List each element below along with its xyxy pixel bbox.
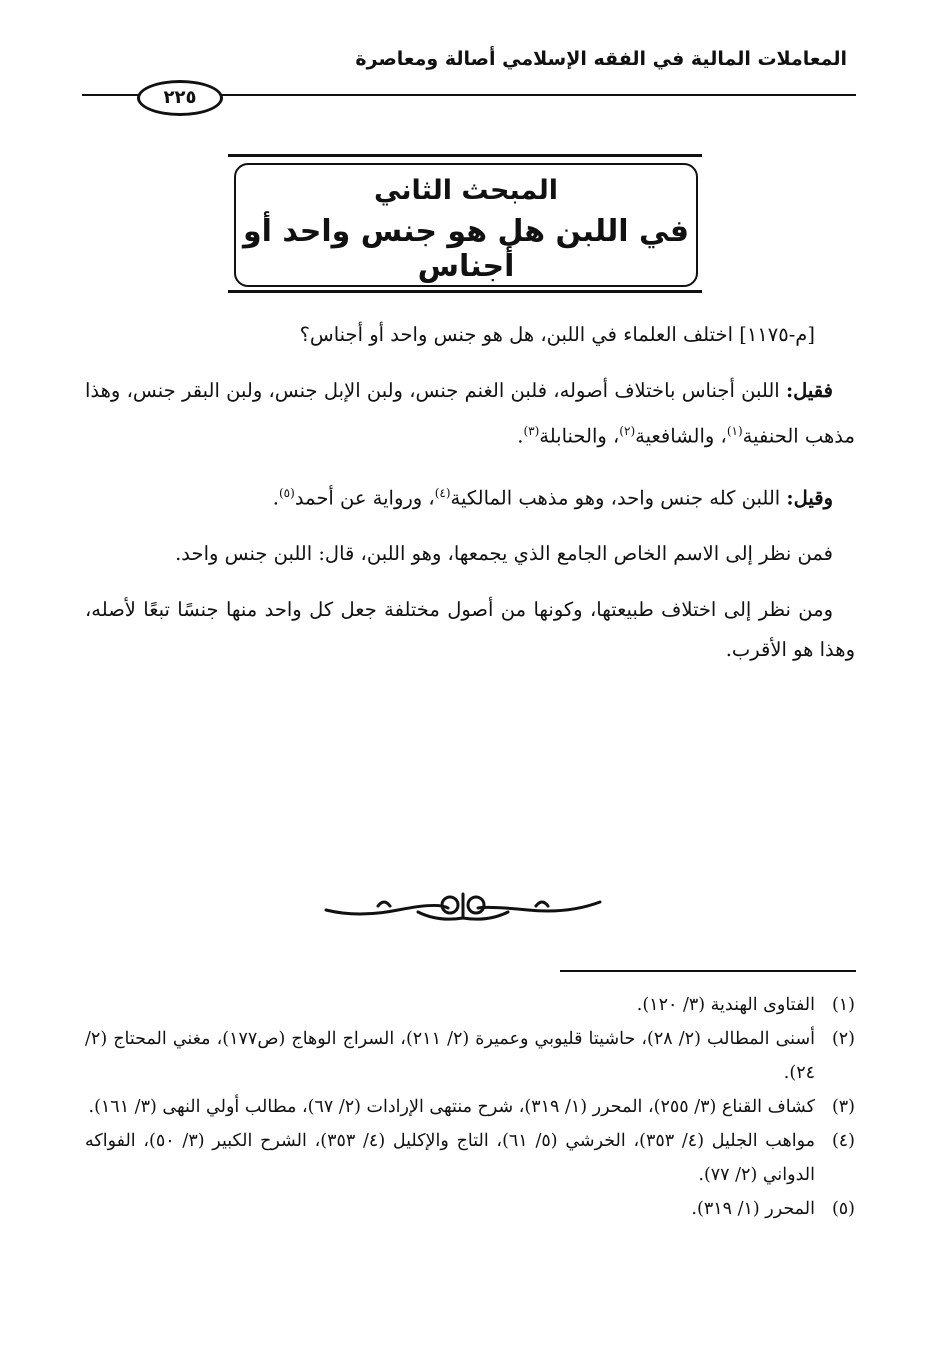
footnote-number: (٥) [832,1192,855,1226]
footnote-ref-2[interactable]: (٢) [619,424,635,438]
paragraph-2: فقيل: اللبن أجناس باختلاف أصوله، فلبن ال… [85,371,855,457]
footnote-text: كشاف القناع (٣/ ٢٥٥)، المحرر (١/ ٣١٩)، ش… [89,1097,816,1117]
paragraph-lead: وقيل: [786,486,833,509]
footnote-number: (٣) [832,1090,855,1124]
footnote-ref-5[interactable]: (٥) [279,486,295,500]
footnote-ref-4[interactable]: (٤) [435,486,451,500]
paragraph-5: ومن نظر إلى اختلاف طبيعتها، وكونها من أص… [85,590,855,670]
footnote-ref-1[interactable]: (١) [727,424,743,438]
section-subtitle: في اللبن هل هو جنس واحد أو أجناس [236,214,696,284]
footnote-4: (٤)مواهب الجليل (٤/ ٣٥٣)، الخرشي (٥/ ٦١)… [85,1124,855,1192]
title-rule-bottom [228,290,702,293]
paragraph-4: فمن نظر إلى الاسم الخاص الجامع الذي يجمع… [85,534,855,574]
section-title: المبحث الثاني [236,175,696,206]
paragraph-1: [م-١١٧٥] اختلف العلماء في اللبن، هل هو ج… [85,315,855,355]
footnote-rule [560,970,856,972]
ornament-divider-icon [318,888,608,924]
footnote-3: (٣)كشاف القناع (٣/ ٢٥٥)، المحرر (١/ ٣١٩)… [85,1090,855,1124]
text: ، ورواية عن أحمد [295,486,435,509]
footnote-1: (١)الفتاوى الهندية (٣/ ١٢٠). [85,988,855,1022]
footnote-2: (٢)أسنى المطالب (٢/ ٢٨)، حاشيتا قليوبي و… [85,1022,855,1090]
title-rule-top [228,154,702,157]
footnotes: (١)الفتاوى الهندية (٣/ ١٢٠). (٢)أسنى الم… [85,988,855,1226]
section-title-box: المبحث الثاني في اللبن هل هو جنس واحد أو… [234,163,698,287]
body-text: [م-١١٧٥] اختلف العلماء في اللبن، هل هو ج… [85,315,855,686]
footnote-ref-3[interactable]: (٣) [523,424,539,438]
text: ، والشافعية [635,425,727,448]
footnote-number: (٤) [832,1124,855,1158]
paragraph-lead: فقيل: [786,379,833,402]
footnote-number: (٢) [832,1022,855,1056]
paragraph-3: وقيل: اللبن كله جنس واحد، وهو مذهب المال… [85,473,855,519]
text: ، والحنابلة [539,425,619,448]
running-header-title: المعاملات المالية في الفقه الإسلامي أصال… [355,48,847,70]
footnote-text: أسنى المطالب (٢/ ٢٨)، حاشيتا قليوبي وعمي… [85,1029,815,1083]
footnote-text: مواهب الجليل (٤/ ٣٥٣)، الخرشي (٥/ ٦١)، ا… [85,1131,815,1185]
footnote-text: الفتاوى الهندية (٣/ ١٢٠). [637,995,815,1015]
footnote-5: (٥)المحرر (١/ ٣١٩). [85,1192,855,1226]
page-number: ٢٢٥ [137,80,223,116]
footnote-text: المحرر (١/ ٣١٩). [691,1199,815,1219]
footnote-number: (١) [832,988,855,1022]
text: اللبن كله جنس واحد، وهو مذهب المالكية [451,486,787,509]
